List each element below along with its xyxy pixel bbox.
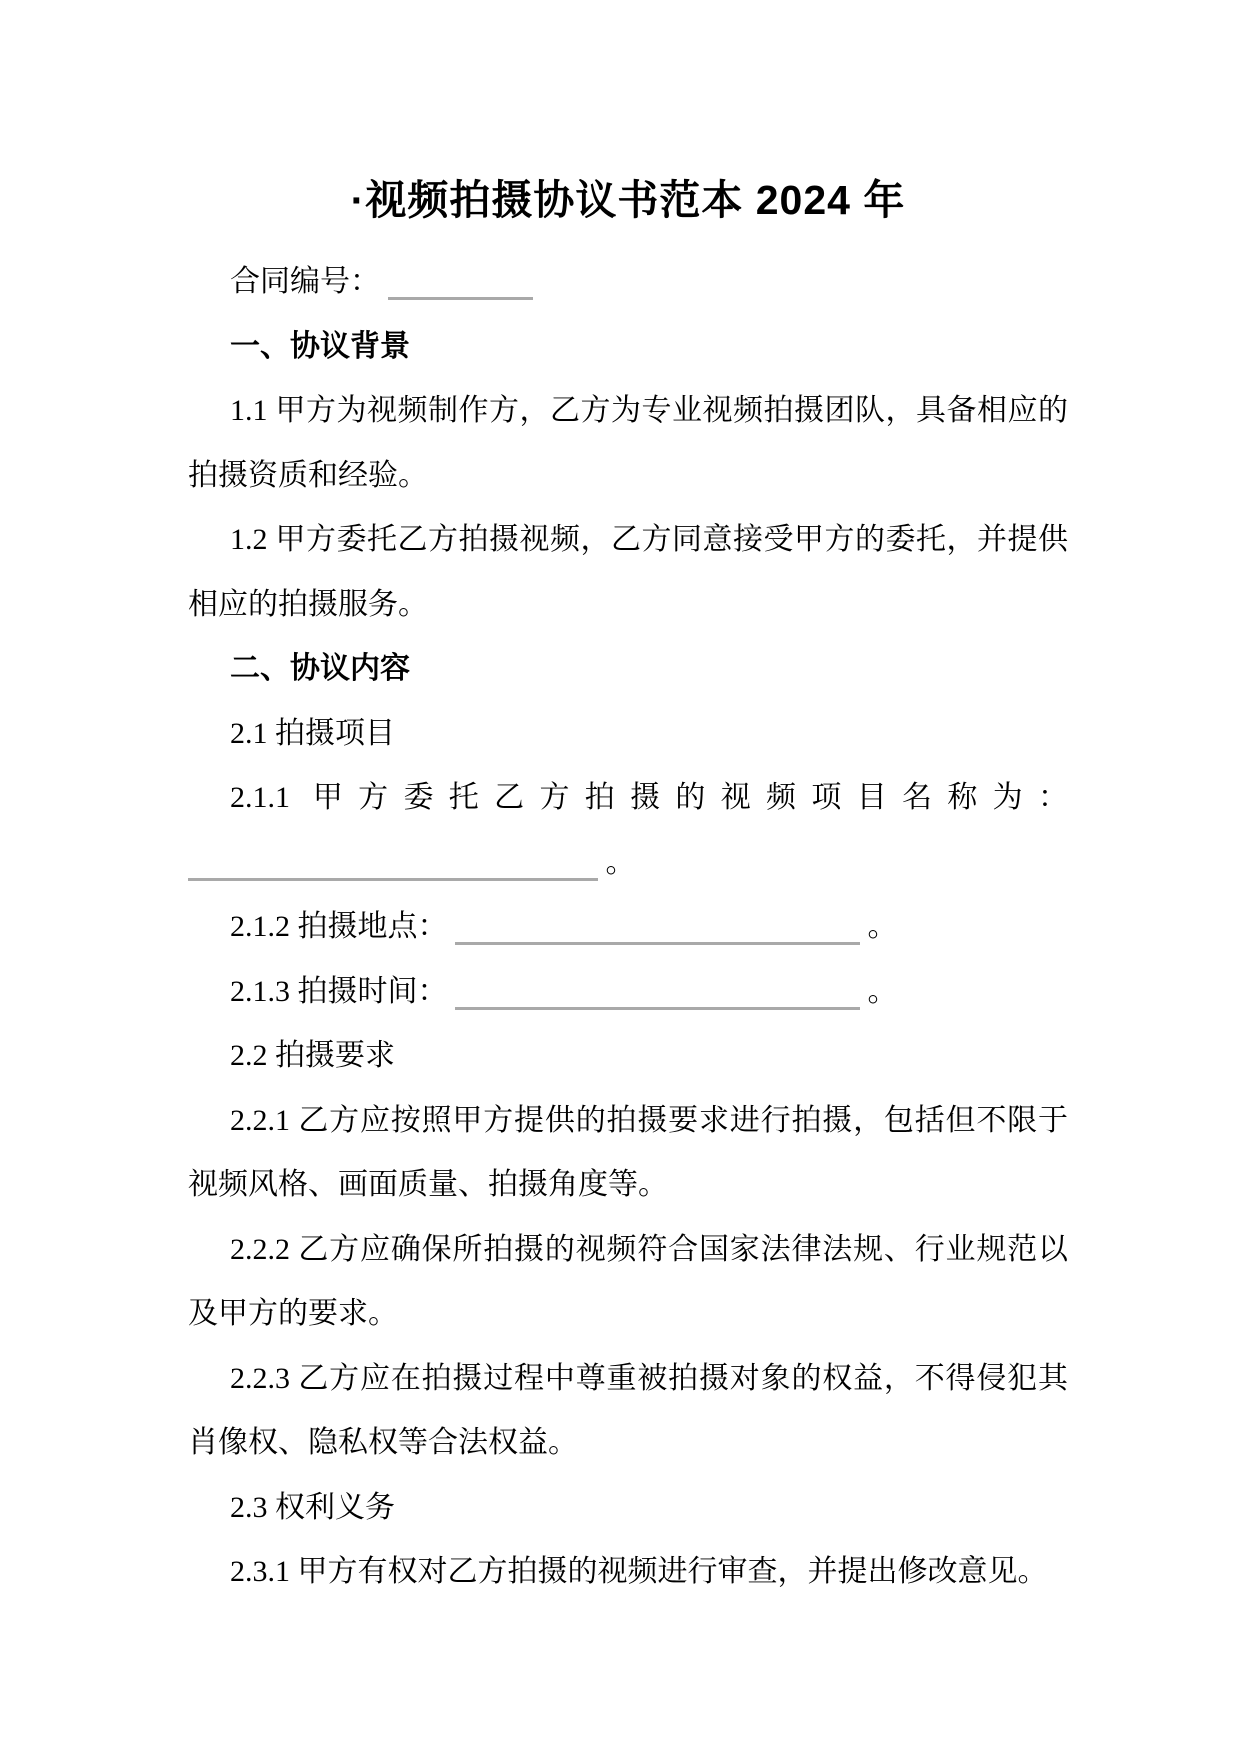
clause-1-2-line-2: 相应的拍摄服务。	[188, 573, 1068, 638]
clause-2-1-2-label: 2.1.2 拍摄地点：	[230, 910, 448, 943]
clause-2-1-3-line: 2.1.3 拍摄时间： 。	[188, 960, 1068, 1025]
period-mark: 。	[606, 846, 636, 879]
section-heading-background: 一、协议背景	[188, 315, 1068, 380]
project-name-blank-underline	[188, 843, 598, 881]
shoot-time-blank-underline	[455, 972, 860, 1010]
contract-number-label: 合同编号：	[230, 265, 380, 298]
contract-number-blank-underline	[388, 262, 533, 300]
clause-2-1-1-line-1: 2.1.1 甲方委托乙方拍摄的视频项目名称为：	[188, 766, 1068, 831]
clause-2-2-3-line-1: 2.2.3 乙方应在拍摄过程中尊重被拍摄对象的权益，不得侵犯其	[188, 1347, 1068, 1412]
section-heading-content: 二、协议内容	[188, 637, 1068, 702]
contract-number-line: 合同编号：	[188, 250, 1068, 315]
clause-2-3: 2.3 权利义务	[188, 1476, 1068, 1541]
clause-2-1: 2.1 拍摄项目	[188, 702, 1068, 767]
clause-2-2-1-line-2: 视频风格、画面质量、拍摄角度等。	[188, 1153, 1068, 1218]
clause-2-2: 2.2 拍摄要求	[188, 1024, 1068, 1089]
clause-2-2-3-line-2: 肖像权、隐私权等合法权益。	[188, 1411, 1068, 1476]
clause-2-2-2-line-2: 及甲方的要求。	[188, 1282, 1068, 1347]
contract-document: ·视频拍摄协议书范本 2024 年 合同编号： 一、协议背景 1.1 甲方为视频…	[188, 0, 1068, 1605]
clause-1-2-line-1: 1.2 甲方委托乙方拍摄视频，乙方同意接受甲方的委托，并提供	[188, 508, 1068, 573]
shoot-location-blank-underline	[455, 907, 860, 945]
document-title: ·视频拍摄协议书范本 2024 年	[188, 164, 1068, 236]
clause-2-1-2-line: 2.1.2 拍摄地点： 。	[188, 895, 1068, 960]
period-mark: 。	[868, 975, 898, 1008]
clause-1-1-line-1: 1.1 甲方为视频制作方，乙方为专业视频拍摄团队，具备相应的	[188, 379, 1068, 444]
clause-2-2-2-line-1: 2.2.2 乙方应确保所拍摄的视频符合国家法律法规、行业规范以	[188, 1218, 1068, 1283]
clause-2-2-1-line-1: 2.2.1 乙方应按照甲方提供的拍摄要求进行拍摄，包括但不限于	[188, 1089, 1068, 1154]
clause-2-1-1-line-2: 。	[188, 831, 1068, 896]
clause-2-1-3-label: 2.1.3 拍摄时间：	[230, 975, 448, 1008]
clause-2-3-1: 2.3.1 甲方有权对乙方拍摄的视频进行审查，并提出修改意见。	[188, 1540, 1068, 1605]
clause-1-1-line-2: 拍摄资质和经验。	[188, 444, 1068, 509]
period-mark: 。	[868, 910, 898, 943]
